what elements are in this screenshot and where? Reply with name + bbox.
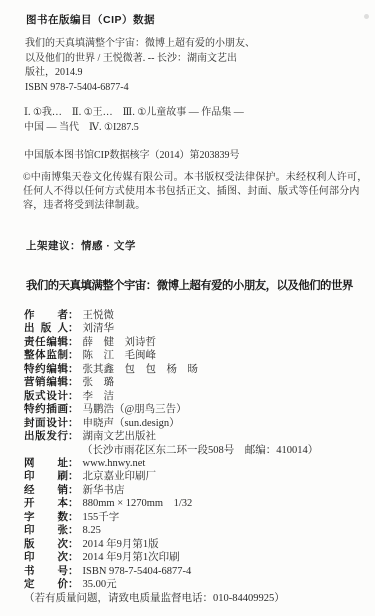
colophon-row: 特约插画：马鹏浩（@朋鸟三告） — [24, 403, 369, 416]
cip-record: 我们的天真填满整个宇宙：微博上超有爱的小朋友、 以及他们的世界 / 王悦微著. … — [25, 37, 255, 95]
colophon-row: 印刷：北京嘉业印刷厂 — [24, 470, 369, 483]
colophon-label: 出版人 — [24, 322, 68, 335]
colophon-row: 特约编辑：张其鑫 包 包 杨 旸 — [24, 363, 369, 376]
colophon-value: 湖南文艺出版社 — [83, 431, 157, 442]
colophon-value: 2014 年9月第1版 — [83, 539, 159, 550]
colophon-label-colon: ： — [68, 538, 79, 550]
colophon-label: 定价 — [24, 578, 68, 591]
colophon-value: 薛 健 刘诗哲 — [83, 337, 157, 348]
colophon-row: 字数：155千字 — [24, 511, 369, 524]
classification-line: 中国 — 当代 Ⅳ. ①I287.5 — [24, 121, 244, 136]
colophon-label-colon: ： — [68, 565, 79, 577]
colophon-value: 张其鑫 包 包 杨 旸 — [83, 364, 199, 375]
copyright-line: ©中南博集天卷文化传媒有限公司。本书版权受法律保护。未经权利人许可， — [23, 171, 367, 185]
colophon-label-colon: ： — [68, 511, 79, 523]
colophon-label-colon: ： — [68, 457, 79, 469]
colophon-label: 版次 — [24, 538, 68, 551]
colophon-label-colon: ： — [68, 470, 79, 482]
isbn-line: ISBN 978-7-5404-6877-4 — [25, 81, 255, 96]
colophon-label-colon: ： — [68, 484, 79, 496]
colophon-value: 880mm × 1270mm 1/32 — [83, 498, 193, 509]
colophon-row: 责任编辑：薛 健 刘诗哲 — [24, 336, 369, 349]
colophon-value: 155千字 — [83, 512, 120, 523]
colophon-row: 出版发行：湖南文艺出版社 — [24, 430, 369, 443]
colophon-label-colon: ： — [68, 390, 79, 402]
classification-line: Ⅰ. ①我… Ⅱ. ①王… Ⅲ. ①儿童故事 — 作品集 — — [24, 106, 244, 121]
colophon-value: 8.25 — [83, 525, 101, 536]
colophon-value: 李 洁 — [83, 391, 115, 402]
copyright-line: 任何人不得以任何方式使用本书包括正文、插图、封面、版式等任何部分内 — [23, 185, 367, 199]
colophon-label-colon: ： — [68, 403, 79, 415]
colophon-label-colon: ： — [68, 376, 79, 388]
colophon-label: 字数 — [24, 511, 68, 524]
colophon-label-colon: ： — [68, 322, 79, 334]
colophon-label: 开本 — [24, 497, 68, 510]
colophon-value: www.hnwy.net — [83, 458, 146, 469]
colophon-label-colon: ： — [68, 336, 79, 348]
colophon-value: ISBN 978-7-5404-6877-4 — [83, 566, 192, 577]
cip-data-header: 图书在版编目（CIP）数据 — [26, 12, 155, 27]
colophon-label: 印张 — [24, 524, 68, 537]
cip-record-line: 我们的天真填满整个宇宙：微博上超有爱的小朋友、 — [25, 37, 255, 52]
colophon-label-colon: ： — [68, 349, 79, 361]
colophon-label-colon: ： — [68, 430, 79, 442]
colophon-row: 印张：8.25 — [24, 524, 369, 537]
colophon-value: 35.00元 — [83, 579, 117, 590]
colophon-label: 书号 — [24, 565, 68, 578]
colophon-label: 责任编辑 — [24, 336, 68, 349]
colophon-value: 张 璐 — [83, 377, 115, 388]
colophon-label-colon: ： — [68, 309, 79, 321]
colophon-label: 特约插画 — [24, 403, 68, 416]
publisher-address: （长沙市雨花区东二环一段508号 邮编：410014） — [24, 444, 369, 457]
colophon-value: 2014 年9月第1次印刷 — [83, 552, 180, 563]
book-title: 我们的天真填满整个宇宙：微博上超有爱的小朋友，以及他们的世界 — [26, 277, 371, 293]
colophon-label-colon: ： — [68, 524, 79, 536]
colophon-label: 封面设计 — [24, 417, 68, 430]
colophon-label: 印次 — [24, 551, 68, 564]
colophon-label: 整体监制 — [24, 349, 68, 362]
cip-record-line: 以及他们的世界 / 王悦微著. -- 长沙：湖南文艺出 — [25, 52, 255, 67]
copyright-line: 容，违者将受到法律制裁。 — [23, 199, 367, 213]
colophon-label: 特约编辑 — [24, 363, 68, 376]
colophon-label: 出版发行 — [24, 430, 68, 443]
colophon-value: 王悦微 — [83, 310, 115, 321]
colophon-label: 营销编辑 — [24, 376, 68, 389]
colophon-row: 营销编辑：张 璐 — [24, 376, 369, 389]
colophon-label-colon: ： — [68, 551, 79, 563]
colophon-label: 网址 — [24, 457, 68, 470]
colophon-label: 印刷 — [24, 470, 68, 483]
cip-registration-number: 中国版本图书馆CIP数据核字（2014）第203839号 — [24, 146, 240, 161]
colophon-value: 申晓声（sun.design） — [83, 418, 180, 429]
shelf-suggestion: 上架建议：情感 · 文学 — [26, 238, 136, 253]
colophon-value: 马鹏浩（@朋鸟三告） — [83, 404, 187, 415]
colophon-label: 经销 — [24, 484, 68, 497]
colophon-row: 开本：880mm × 1270mm 1/32 — [24, 497, 369, 510]
cip-classification: Ⅰ. ①我… Ⅱ. ①王… Ⅲ. ①儿童故事 — 作品集 — 中国 — 当代 Ⅳ… — [24, 106, 244, 135]
colophon-label: 作者 — [24, 309, 68, 322]
colophon-row: 作者：王悦微 — [24, 309, 369, 322]
cip-record-line: 版社，2014.9 — [25, 66, 255, 81]
colophon-list: 作者：王悦微出版人：刘清华责任编辑：薛 健 刘诗哲整体监制：陈 江 毛闽峰特约编… — [24, 309, 369, 605]
colophon-label-colon: ： — [68, 497, 79, 509]
copyright-notice: ©中南博集天卷文化传媒有限公司。本书版权受法律保护。未经权利人许可， 任何人不得… — [23, 171, 367, 214]
colophon-row: 整体监制：陈 江 毛闽峰 — [24, 349, 369, 362]
colophon-row: 经销：新华书店 — [24, 484, 369, 497]
quality-hotline-note: （若有质量问题，请致电质量监督电话：010-84409925） — [24, 592, 369, 605]
colophon-row: 定价：35.00元 — [24, 578, 369, 591]
colophon-value: 刘清华 — [83, 323, 115, 334]
scan-artifact-dot — [364, 14, 369, 19]
colophon-label: 版式设计 — [24, 390, 68, 403]
colophon-row: 书号：ISBN 978-7-5404-6877-4 — [24, 565, 369, 578]
colophon-label-colon: ： — [68, 417, 79, 429]
copyright-page: 图书在版编目（CIP）数据 我们的天真填满整个宇宙：微博上超有爱的小朋友、 以及… — [0, 0, 375, 616]
colophon-label-colon: ： — [68, 363, 79, 375]
colophon-value: 陈 江 毛闽峰 — [83, 350, 157, 361]
colophon-row: 网址：www.hnwy.net — [24, 457, 369, 470]
colophon-row: 出版人：刘清华 — [24, 322, 369, 335]
colophon-row: 版式设计：李 洁 — [24, 390, 369, 403]
colophon-value: 北京嘉业印刷厂 — [83, 471, 157, 482]
colophon-value: 新华书店 — [83, 485, 125, 496]
colophon-row: 封面设计：申晓声（sun.design） — [24, 417, 369, 430]
colophon-row: 印次：2014 年9月第1次印刷 — [24, 551, 369, 564]
colophon-row: 版次：2014 年9月第1版 — [24, 538, 369, 551]
colophon-label-colon: ： — [68, 578, 79, 590]
